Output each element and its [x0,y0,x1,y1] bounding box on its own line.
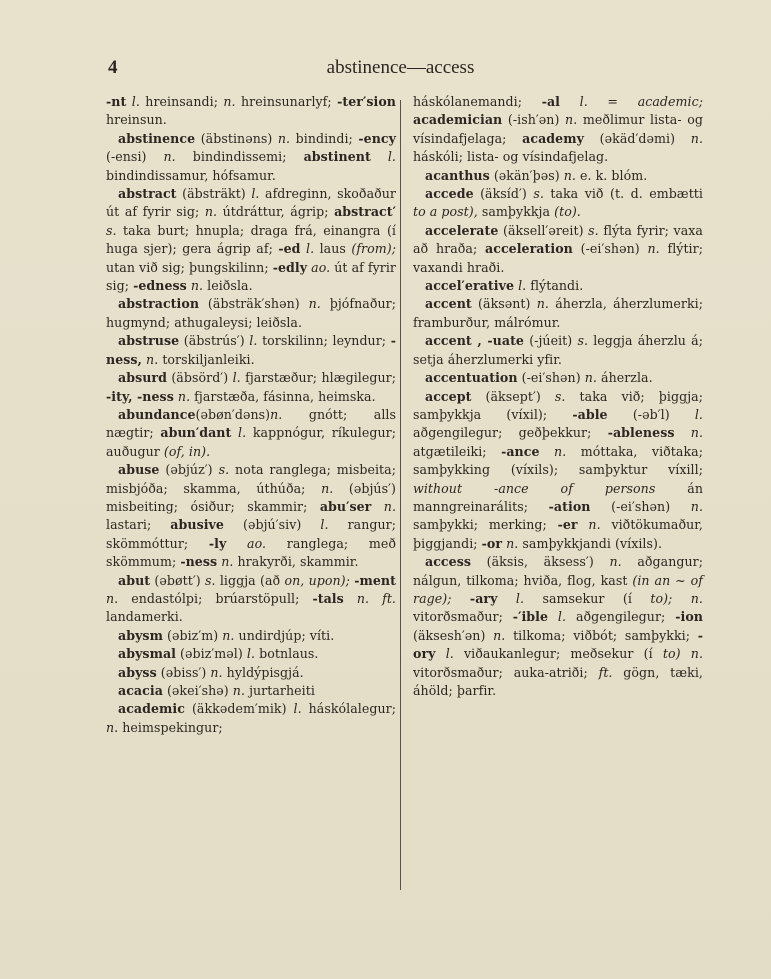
definition-text: (əkei′shə) [163,683,233,698]
grammar-label: n. [222,628,234,643]
definition-text: samþykki; merking; [413,517,558,532]
definition-text: (äbsörd′) [167,370,233,385]
grammar-label: l. [516,591,524,606]
definition-text: undirdjúp; víti. [234,628,334,643]
headword: abuse [118,462,159,477]
grammar-label: s. [577,333,588,348]
grammar-label: s. [555,389,566,404]
headword: -ly [209,536,226,551]
definition-text: (-ensi) [106,149,164,164]
grammar-label: to) [663,646,681,661]
definition-text [226,536,247,551]
headword: abundance [118,407,196,422]
headword: acanthus [425,168,490,183]
definition-text: leiðsla. [203,278,253,293]
definition-text: (əkän′þəs) [490,168,564,183]
definition-text [344,591,357,606]
definition-text: e. k. blóm. [576,168,647,183]
grammar-label: n. [565,112,577,127]
headword: access [425,554,471,569]
headword: academic [118,701,185,716]
definition-text: háskólanemandi; [413,94,542,109]
headword: -ary [470,591,498,606]
headword: -er [558,517,578,532]
page-header: 4 abstinence—access [108,57,693,83]
grammar-label: n. [691,425,703,440]
dictionary-entry: abyss (əbiss′) n. hyldýpisgjá. [106,664,396,682]
headword: -edly [273,260,307,275]
grammar-label: n. ft. [357,591,396,606]
headword: -ance [501,444,539,459]
headword: -al [542,94,560,109]
dictionary-entry: academic (äkkədem′mik) l. háskólalegur; … [106,700,396,737]
grammar-label: s. [205,573,216,588]
definition-text: landamerki. [106,609,183,624]
definition-text [371,499,383,514]
headword: accel′erative [425,278,514,293]
grammar-label: to); [650,591,672,606]
definition-text [371,149,388,164]
definition-text: fjarstæða, fásinna, heimska. [190,389,376,404]
grammar-label: n. [210,665,222,680]
dictionary-entry: abstraction (äbsträk′shən) n. þjófnaður;… [106,295,396,332]
headword: absurd [118,370,167,385]
headword: abstract′ [334,204,396,219]
definition-text [548,609,558,624]
definition-text: (äkkədem′mik) [185,701,294,716]
dictionary-entry: abundance(əbøn′dəns)n. gnótt; alls nægti… [106,406,396,461]
definition-text: torskiljanleiki. [158,352,254,367]
definition-text: (əbøtt′) [150,573,205,588]
definition-text: áherzla. [597,370,653,385]
definition-text: (-ish′ən) [502,112,565,127]
grammar-label: l. [132,94,140,109]
headword: accept [425,389,471,404]
grammar-label: n. [270,407,282,422]
dictionary-entry: accent (äksənt) n. áherzla, áherzlumerki… [413,295,703,332]
grammar-label: n. [191,278,203,293]
grammar-label: l. [247,646,255,661]
definition-text: (-ei′shən) [573,241,648,256]
definition-text: bindindissamur, hófsamur. [106,168,276,183]
definition-text: hrakyrði, skammir. [233,554,358,569]
definition-text: fjarstæður; hlægilegur; [241,370,396,385]
headword: abstract [118,186,177,201]
definition-text: aðgengilegur; [566,609,675,624]
definition-text: hreinsunarlyf; [236,94,337,109]
dictionary-entry: accept (äksept′) s. taka við; þiggja; sa… [413,388,703,554]
headword: -tals [312,591,343,606]
headword: -ation [549,499,591,514]
definition-text: hreinsun. [106,112,167,127]
grammar-label: (of, in). [164,444,210,459]
grammar-label: n. [588,517,600,532]
definition-text: endastólpi; brúarstöpull; [118,591,312,606]
headword: -ableness [608,425,675,440]
headword: abstinent [304,149,371,164]
definition-text: aðgengilegur; geðþekkur; [413,425,608,440]
dictionary-entry: acanthus (əkän′þəs) n. e. k. blóm. [413,167,703,185]
grammar-label: n. [233,683,245,698]
headword: abut [118,573,150,588]
headword: abstinence [118,131,195,146]
definition-text: (əbøn′dəns) [196,407,271,422]
definition-text [578,517,589,532]
headword: -ness [180,554,217,569]
grammar-label: n. [164,149,176,164]
definition-text: vitorðsmaður; auka-atriði; [413,665,599,680]
headword: abu′ser [320,499,372,514]
definition-text: (äksell′əreit) [498,223,588,238]
grammar-label: ft. [599,665,613,680]
definition-text: liggja (að [216,573,285,588]
definition-text: viðaukanlegur; meðsekur (í [454,646,663,661]
headword: academician [413,112,502,127]
grammar-label: n. [585,370,597,385]
grammar-label: n. [609,554,621,569]
definition-text: (-ei′shən) [518,370,585,385]
running-head: abstinence—access [108,57,693,79]
definition-text: laus [314,241,351,256]
definition-text [681,646,691,661]
headword: accede [425,186,474,201]
grammar-label: ao. [311,260,330,275]
definition-text: samþykkjandi (víxils). [518,536,662,551]
definition-text: (äbsträk′shən) [199,296,309,311]
headword: academy [522,131,584,146]
grammar-label: n. [221,554,233,569]
dictionary-entry: abstinence (äbstinəns) n. bindindi; -enc… [106,130,396,185]
grammar-label: n. [691,131,703,146]
headword: -edness [133,278,187,293]
dictionary-columns: -nt l. hreinsandi; n. hreinsunarlyf; -te… [106,93,706,893]
definition-text: (-ei′shən) [591,499,691,514]
definition-text: (äksənt) [472,296,537,311]
grammar-label: l. [233,370,241,385]
headword: -′ible [513,609,548,624]
grammar-label: without -ance of persons [413,481,655,496]
grammar-label: n. [384,499,396,514]
dictionary-entry: abstract (äbsträkt) l. afdreginn, skoðað… [106,185,396,295]
headword: -ency [358,131,396,146]
right-column: háskólanemandi; -al l. = academic; acade… [413,93,703,700]
grammar-label: l. [518,278,526,293]
grammar-label: s. [106,223,117,238]
grammar-label: to a post), [413,204,478,219]
headword: acceleration [485,241,573,256]
headword: abun′dant [160,425,231,440]
definition-text: hyldýpisgjá. [223,665,304,680]
grammar-label: on, upon); [284,573,349,588]
grammar-label: academic; [638,94,703,109]
definition-text: háskólalegur; [302,701,396,716]
grammar-label: l. [580,94,588,109]
headword: -ed [278,241,300,256]
grammar-label: n. [564,168,576,183]
definition-text: jurtarheiti [245,683,315,698]
left-column: -nt l. hreinsandi; n. hreinsunarlyf; -te… [106,93,396,737]
definition-text: (əbiz′məl) [176,646,247,661]
grammar-label: n. [691,499,703,514]
grammar-label: n. [691,646,703,661]
grammar-label: n. [205,204,217,219]
definition-text: tilkoma; viðbót; samþykki; [505,628,697,643]
definition-text: flýtandi. [526,278,583,293]
dictionary-entry: abysm (əbiz′m) n. undirdjúp; víti. [106,627,396,645]
dictionary-entry: accede (äksíd′) s. taka við (t. d. embæt… [413,185,703,222]
dictionary-entry: abut (əbøtt′) s. liggja (að on, upon); -… [106,572,396,627]
grammar-label: n. [691,591,703,606]
grammar-label: s. [219,462,230,477]
dictionary-page: 4 abstinence—access -nt l. hreinsandi; n… [0,0,771,979]
headword: abstraction [118,296,199,311]
definition-text: vitorðsmaður; [413,609,513,624]
definition-text [436,646,446,661]
headword: abysm [118,628,163,643]
grammar-label: l. [388,149,396,164]
headword: -ment [354,573,396,588]
definition-text [540,444,554,459]
definition-text: (-júeit) [524,333,577,348]
dictionary-entry: accent , -uate (-júeit) s. leggja áherzl… [413,332,703,369]
grammar-label: n. [493,628,505,643]
grammar-label: l. [294,701,302,716]
definition-text: (-əb′l) [608,407,695,422]
dictionary-entry: accel′erative l. flýtandi. [413,277,703,295]
grammar-label: n. [106,591,118,606]
dictionary-entry: access (äksis, äksess′) n. aðgangur; nál… [413,553,703,700]
definition-text: taka við (t. d. embætti [544,186,703,201]
headword: -or [482,536,502,551]
definition-text: (äksept′) [471,389,554,404]
definition-text [560,94,580,109]
definition-text [452,591,470,606]
headword: accentuation [425,370,518,385]
grammar-label: n. [537,296,549,311]
definition-text: (əbjú′siv) [224,517,320,532]
grammar-label: n. [178,389,190,404]
definition-text: lastari; [106,517,170,532]
grammar-label: n. [506,536,518,551]
dictionary-entry: háskólanemandi; -al l. = academic; acade… [413,93,703,167]
definition-text: (äksíd′) [474,186,534,201]
grammar-label: n. [223,94,235,109]
grammar-label: n. [321,481,333,496]
definition-text: bindindi; [290,131,358,146]
dictionary-entry: accentuation (-ei′shən) n. áherzla. [413,369,703,387]
definition-text: = [588,94,638,109]
definition-text: (əbiss′) [157,665,211,680]
definition-text: hreinsandi; [140,94,223,109]
headword: abstruse [118,333,179,348]
definition-text: bindindissemi; [176,149,304,164]
definition-text: (äbstinəns) [195,131,278,146]
dictionary-entry: -nt l. hreinsandi; n. hreinsunarlyf; -te… [106,93,396,130]
definition-text: samþykkja [478,204,554,219]
definition-text: útdráttur, ágrip; [217,204,334,219]
headword: -nt [106,94,126,109]
headword: abusive [170,517,224,532]
headword: -able [572,407,607,422]
definition-text: botnlaus. [255,646,318,661]
dictionary-entry: abysmal (əbiz′məl) l. botnlaus. [106,645,396,663]
headword: -ter′sion [337,94,396,109]
grammar-label: s. [588,223,599,238]
definition-text: atgætileiki; [413,444,501,459]
definition-text: (äksis, äksess′) [471,554,609,569]
grammar-label: n. [554,444,566,459]
headword: -ion [675,609,703,624]
grammar-label: (to). [554,204,581,219]
grammar-label: n. [309,296,321,311]
dictionary-entry: abstruse (äbstrús′) l. torskilinn; leynd… [106,332,396,369]
definition-text [674,425,690,440]
definition-text: (əkäd′dəmi) [584,131,691,146]
grammar-label: l. [306,241,314,256]
headword: abysmal [118,646,176,661]
dictionary-entry: abuse (əbjúz′) s. nota ranglega; misbeit… [106,461,396,571]
definition-text [672,591,690,606]
headword: accent , -uate [425,333,524,348]
grammar-label: (from); [351,241,396,256]
headword: abyss [118,665,157,680]
grammar-label: ao. [247,536,266,551]
grammar-label: l. [238,425,246,440]
grammar-label: n. [146,352,158,367]
headword: -ity, -ness [106,389,174,404]
definition-text: (äbstrús′) [179,333,249,348]
definition-text: (äbsträkt) [177,186,252,201]
grammar-label: n. [648,241,660,256]
grammar-label: n. [278,131,290,146]
definition-text: (äksesh′ən) [413,628,493,643]
definition-text: (əbiz′m) [163,628,222,643]
grammar-label: n. [106,720,118,735]
definition-text [497,591,515,606]
grammar-label: l. [320,517,328,532]
headword: acacia [118,683,163,698]
definition-text: samsekur (í [524,591,650,606]
grammar-label: l. [446,646,454,661]
definition-text: (əbjúz′) [159,462,218,477]
headword: accelerate [425,223,498,238]
definition-text: torskilinn; leyndur; [257,333,390,348]
dictionary-entry: absurd (äbsörd′) l. fjarstæður; hlægileg… [106,369,396,406]
grammar-label: l. [558,609,566,624]
dictionary-entry: acacia (əkei′shə) n. jurtarheiti [106,682,396,700]
dictionary-entry: accelerate (äksell′əreit) s. flýta fyrir… [413,222,703,277]
headword: accent [425,296,472,311]
definition-text: heimspekingur; [118,720,222,735]
definition-text: háskóli; lista- og vísindafjelag. [413,149,608,164]
grammar-label: l. [695,407,703,422]
grammar-label: s. [533,186,544,201]
definition-text: utan við sig; þungskilinn; [106,260,273,275]
